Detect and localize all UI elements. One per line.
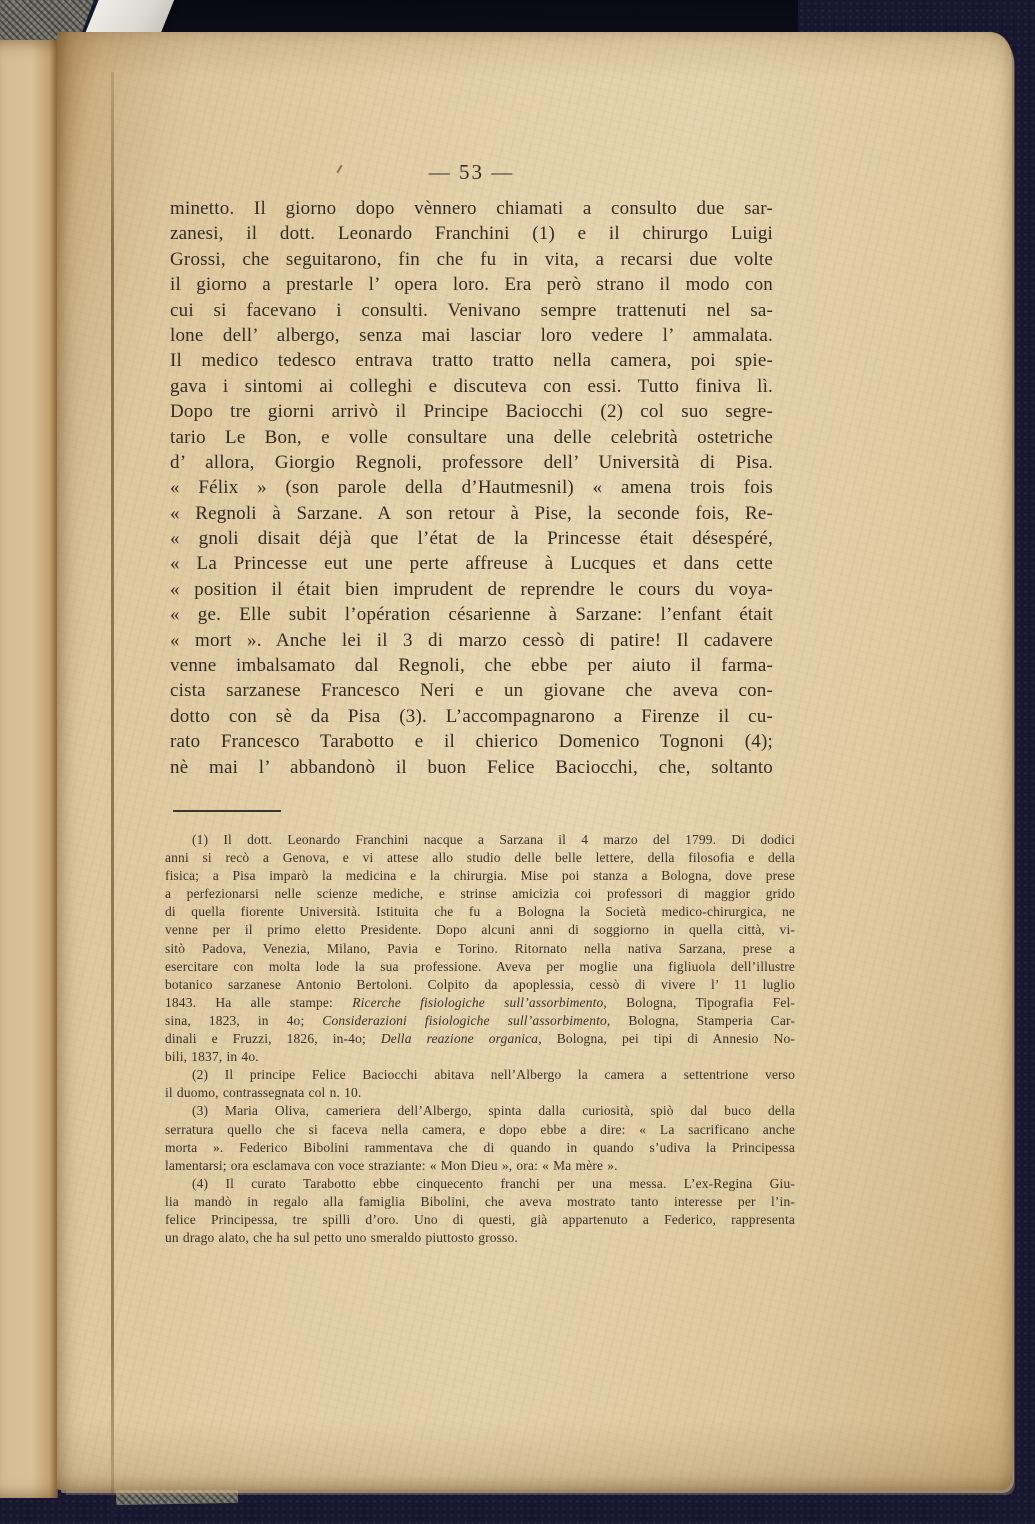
gutter-fold-line xyxy=(111,72,114,1524)
text-line: venne per il primo eletto Presidente. Do… xyxy=(165,921,795,939)
text-segment: venne imbalsamato dal Regnoli, che ebbe … xyxy=(170,655,773,676)
text-segment: botanico sarzanese Antonio Bertoloni. Co… xyxy=(165,977,795,992)
text-segment: Dopo tre giorni arrivò il Principe Bacio… xyxy=(170,401,773,422)
text-line: felice Principessa, tre spilli d’oro. Un… xyxy=(165,1211,795,1229)
text-line: morta ». Federico Bibolini rammentava ch… xyxy=(165,1139,795,1157)
italic-title-text: Della reazione organica xyxy=(381,1031,538,1046)
page-number: — 53 — xyxy=(170,160,773,185)
text-line: rato Francesco Tarabotto e il chierico D… xyxy=(170,729,773,754)
text-line: lia mandò in regalo alla famiglia Biboli… xyxy=(165,1193,795,1211)
text-line: serratura quello che si faceva nella cam… xyxy=(165,1121,795,1139)
text-line: d’ allora, Giorgio Regnoli, professore d… xyxy=(170,450,773,475)
text-segment: Il medico tedesco entrava tratto tratto … xyxy=(170,350,773,371)
text-line: « gnoli disait déjà que l’état de la Pri… xyxy=(170,526,773,551)
text-segment: sina, 1823, in 4o; xyxy=(165,1013,322,1028)
text-segment: « ge. Elle subit l’opération césarienne … xyxy=(170,604,773,625)
text-segment: di quella fiorente Università. Istituita… xyxy=(165,904,795,919)
text-segment: « position il était bien imprudent de re… xyxy=(170,579,773,600)
text-line: di quella fiorente Università. Istituita… xyxy=(165,903,795,921)
text-segment: felice Principessa, tre spilli d’oro. Un… xyxy=(165,1212,795,1227)
text-segment: nè mai l’ abbandonò il buon Felice Bacio… xyxy=(170,757,773,778)
text-segment: anni si recò a Genova, e vi attese allo … xyxy=(165,850,795,865)
text-line: sitò Padova, Venezia, Milano, Pavia e To… xyxy=(165,940,795,958)
text-segment: « mort ». Anche lei il 3 di marzo cessò … xyxy=(170,630,773,651)
text-segment: rato Francesco Tarabotto e il chierico D… xyxy=(170,731,773,752)
text-line: « mort ». Anche lei il 3 di marzo cessò … xyxy=(170,628,773,653)
text-line: cista sarzanese Francesco Neri e un giov… xyxy=(170,678,773,703)
text-segment: (2) Il principe Felice Baciocchi abitava… xyxy=(192,1067,795,1082)
text-segment: fisica; a Pisa imparò la medicina e la c… xyxy=(165,868,795,883)
text-line: Il medico tedesco entrava tratto tratto … xyxy=(170,348,773,373)
text-line: « Regnoli à Sarzane. A son retour à Pise… xyxy=(170,501,773,526)
text-line: 1843. Ha alle stampe: Ricerche fisiologi… xyxy=(165,994,795,1012)
text-line: botanico sarzanese Antonio Bertoloni. Co… xyxy=(165,976,795,994)
text-line: un drago alato, che ha sul petto uno sme… xyxy=(165,1229,795,1247)
text-segment: lone dell’ albergo, senza mai lasciar lo… xyxy=(170,325,773,346)
italic-title-text: Ricerche fisiologiche sull’assorbimento xyxy=(352,995,603,1010)
text-line: Dopo tre giorni arrivò il Principe Bacio… xyxy=(170,399,773,424)
text-line: Grossi, che seguitarono, fin che fu in v… xyxy=(170,247,773,272)
text-segment: sitò Padova, Venezia, Milano, Pavia e To… xyxy=(165,941,795,956)
book-page: — 53 — minetto. Il giorno dopo vènnero c… xyxy=(57,32,1012,1490)
text-line: dinali e Fruzzi, 1826, in-4o; Della reaz… xyxy=(165,1030,795,1048)
text-segment: cui si facevano i consulti. Venivano sem… xyxy=(170,300,773,321)
facing-page-sliver xyxy=(0,40,58,1498)
text-segment: cista sarzanese Francesco Neri e un giov… xyxy=(170,680,773,701)
text-segment: (4) Il curato Tarabotto ebbe cinquecento… xyxy=(192,1176,795,1191)
text-segment: venne per il primo eletto Presidente. Do… xyxy=(165,922,795,937)
text-segment: il giorno a prestarle l’ opera loro. Era… xyxy=(170,274,773,295)
text-line: bili, 1837, in 4o. xyxy=(165,1048,795,1066)
text-line: il giorno a prestarle l’ opera loro. Era… xyxy=(170,272,773,297)
text-segment: lamentarsi; ora esclamava con voce straz… xyxy=(165,1158,618,1173)
text-segment: dinali e Fruzzi, 1826, in-4o; xyxy=(165,1031,381,1046)
text-segment: , Bologna, Tipografia Fel- xyxy=(603,995,795,1010)
text-segment: esercitare con molta lode la sua profess… xyxy=(165,959,795,974)
text-segment: bili, 1837, in 4o. xyxy=(165,1049,259,1064)
text-line: il duomo, contrassegnata col n. 10. xyxy=(165,1084,795,1102)
text-line: « position il était bien imprudent de re… xyxy=(170,577,773,602)
text-segment: d’ allora, Giorgio Regnoli, professore d… xyxy=(170,452,773,473)
text-line: (1) Il dott. Leonardo Franchini nacque a… xyxy=(165,831,795,849)
text-line: lone dell’ albergo, senza mai lasciar lo… xyxy=(170,323,773,348)
text-segment: il duomo, contrassegnata col n. 10. xyxy=(165,1085,361,1100)
text-segment: , Bologna, pei tipi di Annesio No- xyxy=(538,1031,795,1046)
text-line: fisica; a Pisa imparò la medicina e la c… xyxy=(165,867,795,885)
footnotes-block: (1) Il dott. Leonardo Franchini nacque a… xyxy=(165,831,795,1247)
text-line: nè mai l’ abbandonò il buon Felice Bacio… xyxy=(170,755,773,780)
text-line: (3) Maria Oliva, cameriera dell’Albergo,… xyxy=(165,1102,795,1120)
text-segment: minetto. Il giorno dopo vènnero chiamati… xyxy=(170,198,773,219)
text-segment: zanesi, il dott. Leonardo Franchini (1) … xyxy=(170,223,773,244)
text-segment: « La Princesse eut une perte affreuse à … xyxy=(170,553,773,574)
text-line: a perfezionarsi nelle scienze mediche, e… xyxy=(165,885,795,903)
text-segment: tario Le Bon, e volle consultare una del… xyxy=(170,427,773,448)
text-segment: morta ». Federico Bibolini rammentava ch… xyxy=(165,1140,795,1155)
text-line: tario Le Bon, e volle consultare una del… xyxy=(170,425,773,450)
body-text: minetto. Il giorno dopo vènnero chiamati… xyxy=(170,196,773,780)
text-line: dotto con sè da Pisa (3). L’accompagnaro… xyxy=(170,704,773,729)
text-segment: 1843. Ha alle stampe: xyxy=(165,995,352,1010)
text-segment: (3) Maria Oliva, cameriera dell’Albergo,… xyxy=(192,1103,795,1118)
text-segment: « gnoli disait déjà que l’état de la Pri… xyxy=(170,528,773,549)
text-line: lamentarsi; ora esclamava con voce straz… xyxy=(165,1157,795,1175)
text-line: esercitare con molta lode la sua profess… xyxy=(165,958,795,976)
text-line: (2) Il principe Felice Baciocchi abitava… xyxy=(165,1066,795,1084)
text-line: zanesi, il dott. Leonardo Franchini (1) … xyxy=(170,221,773,246)
text-segment: Grossi, che seguitarono, fin che fu in v… xyxy=(170,249,773,270)
text-segment: lia mandò in regalo alla famiglia Biboli… xyxy=(165,1194,795,1209)
text-segment: serratura quello che si faceva nella cam… xyxy=(165,1122,795,1137)
text-line: (4) Il curato Tarabotto ebbe cinquecento… xyxy=(165,1175,795,1193)
text-segment: a perfezionarsi nelle scienze mediche, e… xyxy=(165,886,795,901)
italic-title-text: Considerazioni fisiologiche sull’assorbi… xyxy=(322,1013,607,1028)
text-line: « Félix » (son parole della d’Hautmesnil… xyxy=(170,475,773,500)
text-line: sina, 1823, in 4o; Considerazioni fisiol… xyxy=(165,1012,795,1030)
text-segment: gava i sintomi ai colleghi e discuteva c… xyxy=(170,376,773,397)
text-line: cui si facevano i consulti. Venivano sem… xyxy=(170,298,773,323)
text-segment: « Regnoli à Sarzane. A son retour à Pise… xyxy=(170,503,773,524)
text-segment: un drago alato, che ha sul petto uno sme… xyxy=(165,1230,518,1245)
footnote-separator xyxy=(173,810,281,812)
text-line: « La Princesse eut une perte affreuse à … xyxy=(170,551,773,576)
text-segment: , Bologna, Stamperia Car- xyxy=(607,1013,795,1028)
text-line: minetto. Il giorno dopo vènnero chiamati… xyxy=(170,196,773,221)
text-line: gava i sintomi ai colleghi e discuteva c… xyxy=(170,374,773,399)
text-segment: dotto con sè da Pisa (3). L’accompagnaro… xyxy=(170,706,773,727)
text-segment: (1) Il dott. Leonardo Franchini nacque a… xyxy=(192,832,795,847)
book-scan-photo: — 53 — minetto. Il giorno dopo vènnero c… xyxy=(0,0,1035,1524)
text-line: « ge. Elle subit l’opération césarienne … xyxy=(170,602,773,627)
text-line: venne imbalsamato dal Regnoli, che ebbe … xyxy=(170,653,773,678)
text-segment: « Félix » (son parole della d’Hautmesnil… xyxy=(170,477,773,498)
text-line: anni si recò a Genova, e vi attese allo … xyxy=(165,849,795,867)
